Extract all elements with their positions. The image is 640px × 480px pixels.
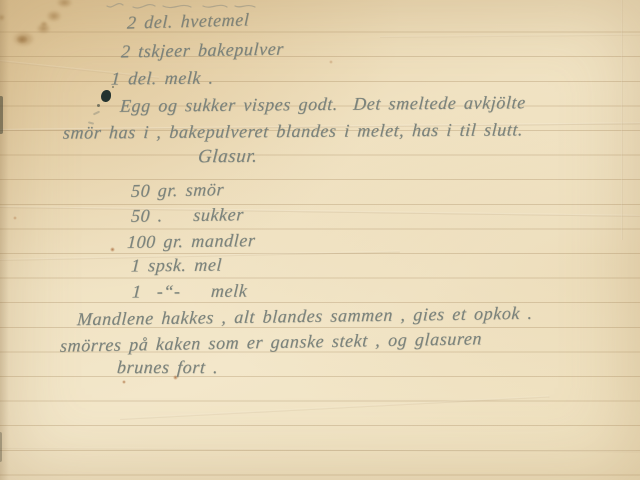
- method-line-1: Egg og sukker vispes godt. Det smeltede …: [119, 93, 526, 115]
- left-edge-shadow: [0, 0, 9, 480]
- glaze-heading: Glasur.: [197, 147, 258, 167]
- ingredient-line-melk: 1 del. melk .: [110, 69, 214, 89]
- cropped-handwriting-fragment: [103, 0, 263, 10]
- stain-spot: [46, 10, 62, 22]
- crease-line: [621, 0, 623, 240]
- rust-speck: [122, 380, 126, 384]
- method-line-2: smör has i , bakepulveret blandes i mele…: [62, 120, 523, 142]
- glaze-ingredient-mandler: 100 gr. mandler: [126, 231, 256, 252]
- rust-speck: [329, 60, 333, 64]
- glaze-ingredient-melk: 1 -“- melk: [131, 281, 248, 301]
- rust-speck: [110, 247, 115, 252]
- ingredient-line-bakepulver: 2 tskjeer bakepulver: [121, 40, 285, 62]
- glaze-ingredient-smor: 50 gr. smör: [131, 180, 225, 201]
- stain-spot: [16, 35, 28, 44]
- glaze-ingredient-sukker: 50 . sukker: [130, 205, 244, 225]
- stain-spot: [36, 23, 51, 34]
- handwritten-recipe-page: 2 del. hvetemel 2 tskjeer bakepulver 1 d…: [0, 0, 640, 480]
- rust-speck: [13, 216, 17, 220]
- glaze-method-line-3: brunes fort .: [116, 358, 219, 377]
- ingredient-line-hvetemel: 2 del. hvetemel: [127, 10, 250, 32]
- ink-blot: [97, 104, 100, 107]
- glaze-ingredient-mel: 1 spsk. mel: [130, 256, 222, 276]
